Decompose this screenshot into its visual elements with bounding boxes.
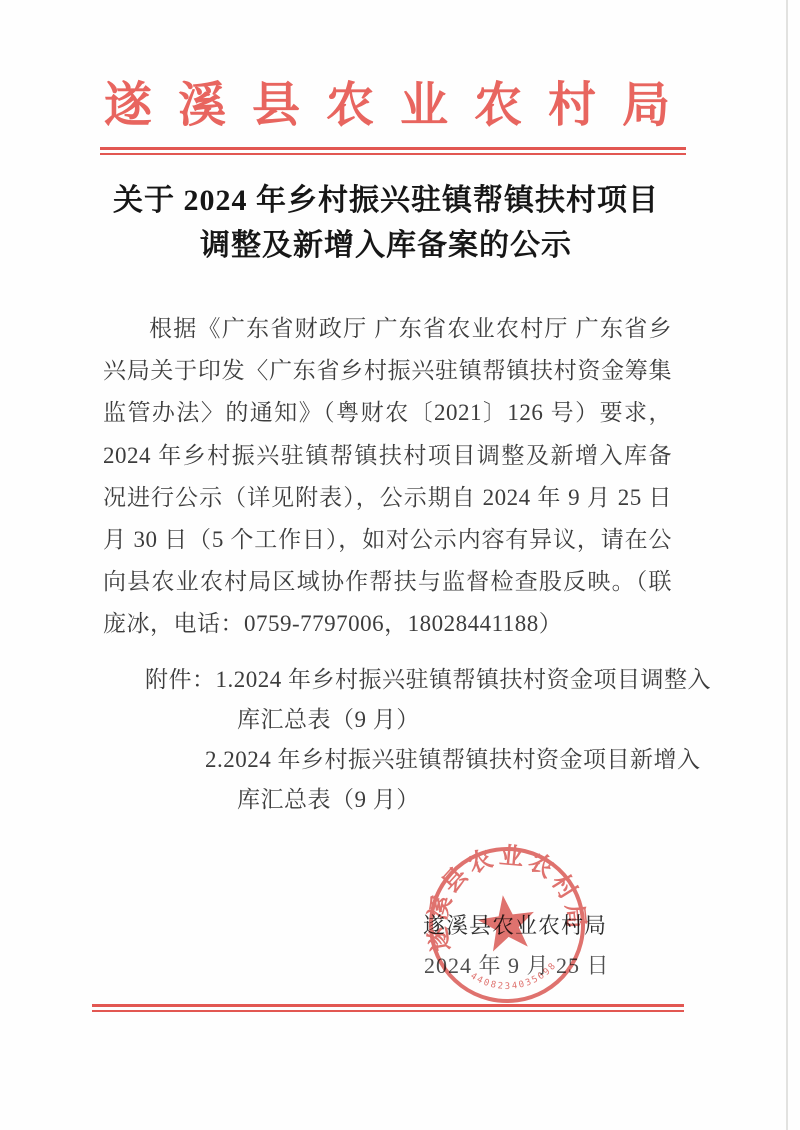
notice-title-line2: 调整及新增入库备案的公示 [100, 223, 672, 268]
body-line: 月 30 日（5 个工作日），如对公示内容有异议，请在公示期 [103, 519, 672, 561]
scan-edge-artifact [786, 0, 788, 1130]
divider-line-thin [92, 1010, 684, 1012]
divider-line-thin [100, 153, 686, 155]
signature-org: 遂溪县农业农村局 [423, 909, 607, 940]
notice-title: 关于 2024 年乡村振兴驻镇帮镇扶村项目 调整及新增入库备案的公示 [100, 178, 672, 268]
letterhead-title: 遂溪县农业农村局 [0, 76, 800, 136]
letterhead-divider [100, 147, 686, 155]
footer-divider [92, 1004, 684, 1012]
body-line: 兴局关于印发〈广东省乡村振兴驻镇帮镇扶村资金筹集使用 [103, 350, 672, 392]
body-line: 2024 年乡村振兴驻镇帮镇扶村项目调整及新增入库备案情 [103, 435, 672, 477]
attachment-line-2-cont: 库汇总表（9 月） [237, 786, 420, 814]
body-line: 监管办法〉的通知》（粤财农〔2021〕126 号）要求，现将 [103, 392, 672, 434]
body-line: 庞冰，电话：0759-7797006，18028441188） [103, 603, 672, 645]
body-line: 况进行公示（详见附表），公示期自 2024 年 9 月 25 日至 9 [103, 477, 672, 519]
attachment-line-1: 附件：1.2024 年乡村振兴驻镇帮镇扶村资金项目调整入 [145, 666, 711, 694]
notice-body: 根据《广东省财政厅 广东省农业农村厅 广东省乡村振 兴局关于印发〈广东省乡村振兴… [103, 308, 672, 646]
body-line: 向县农业农村局区域协作帮扶与监督检查股反映。（联系人： [103, 561, 672, 603]
notice-title-line1: 关于 2024 年乡村振兴驻镇帮镇扶村项目 [100, 178, 672, 223]
attachment-line-2: 2.2024 年乡村振兴驻镇帮镇扶村资金项目新增入 [205, 746, 701, 774]
signature-date: 2024 年 9 月 25 日 [424, 949, 610, 980]
document-page: 遂溪县农业农村局 关于 2024 年乡村振兴驻镇帮镇扶村项目 调整及新增入库备案… [0, 0, 800, 1130]
attachment-line-1-cont: 库汇总表（9 月） [237, 706, 420, 734]
body-line: 根据《广东省财政厅 广东省农业农村厅 广东省乡村振 [103, 308, 672, 350]
